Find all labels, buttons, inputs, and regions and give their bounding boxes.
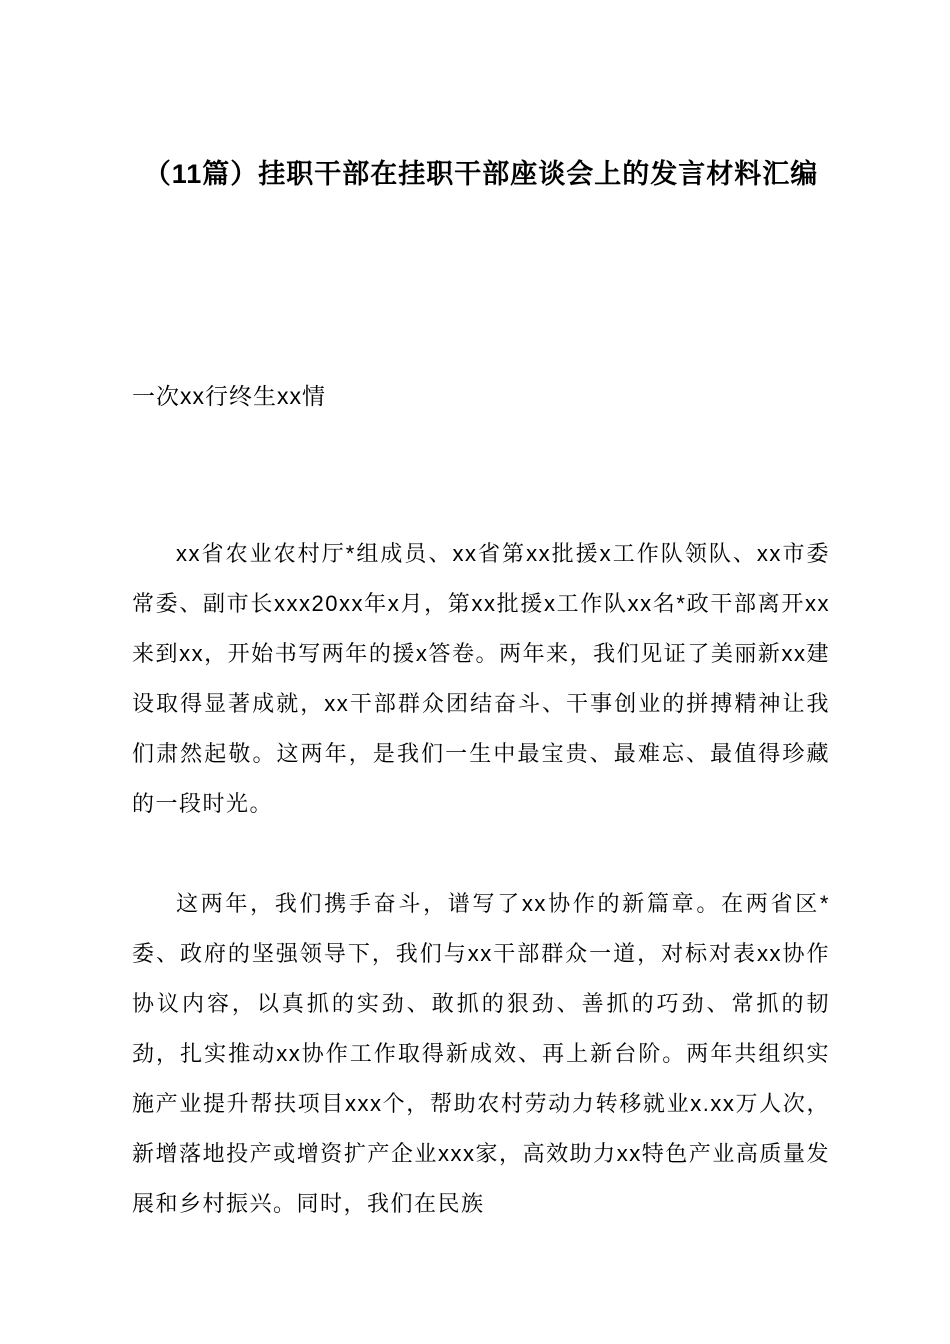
body-paragraph-2: 这两年，我们携手奋斗，谱写了xx协作的新篇章。在两省区*委、政府的坚强领导下，我…: [132, 879, 830, 1229]
document-title: （11篇）挂职干部在挂职干部座谈会上的发言材料汇编: [132, 154, 830, 194]
document-page: （11篇）挂职干部在挂职干部座谈会上的发言材料汇编 一次xx行终生xx情 xx省…: [0, 0, 950, 1344]
section-heading: 一次xx行终生xx情: [132, 380, 830, 413]
body-paragraph-1: xx省农业农村厅*组成员、xx省第xx批援x工作队领队、xx市委常委、副市长xx…: [132, 529, 830, 829]
